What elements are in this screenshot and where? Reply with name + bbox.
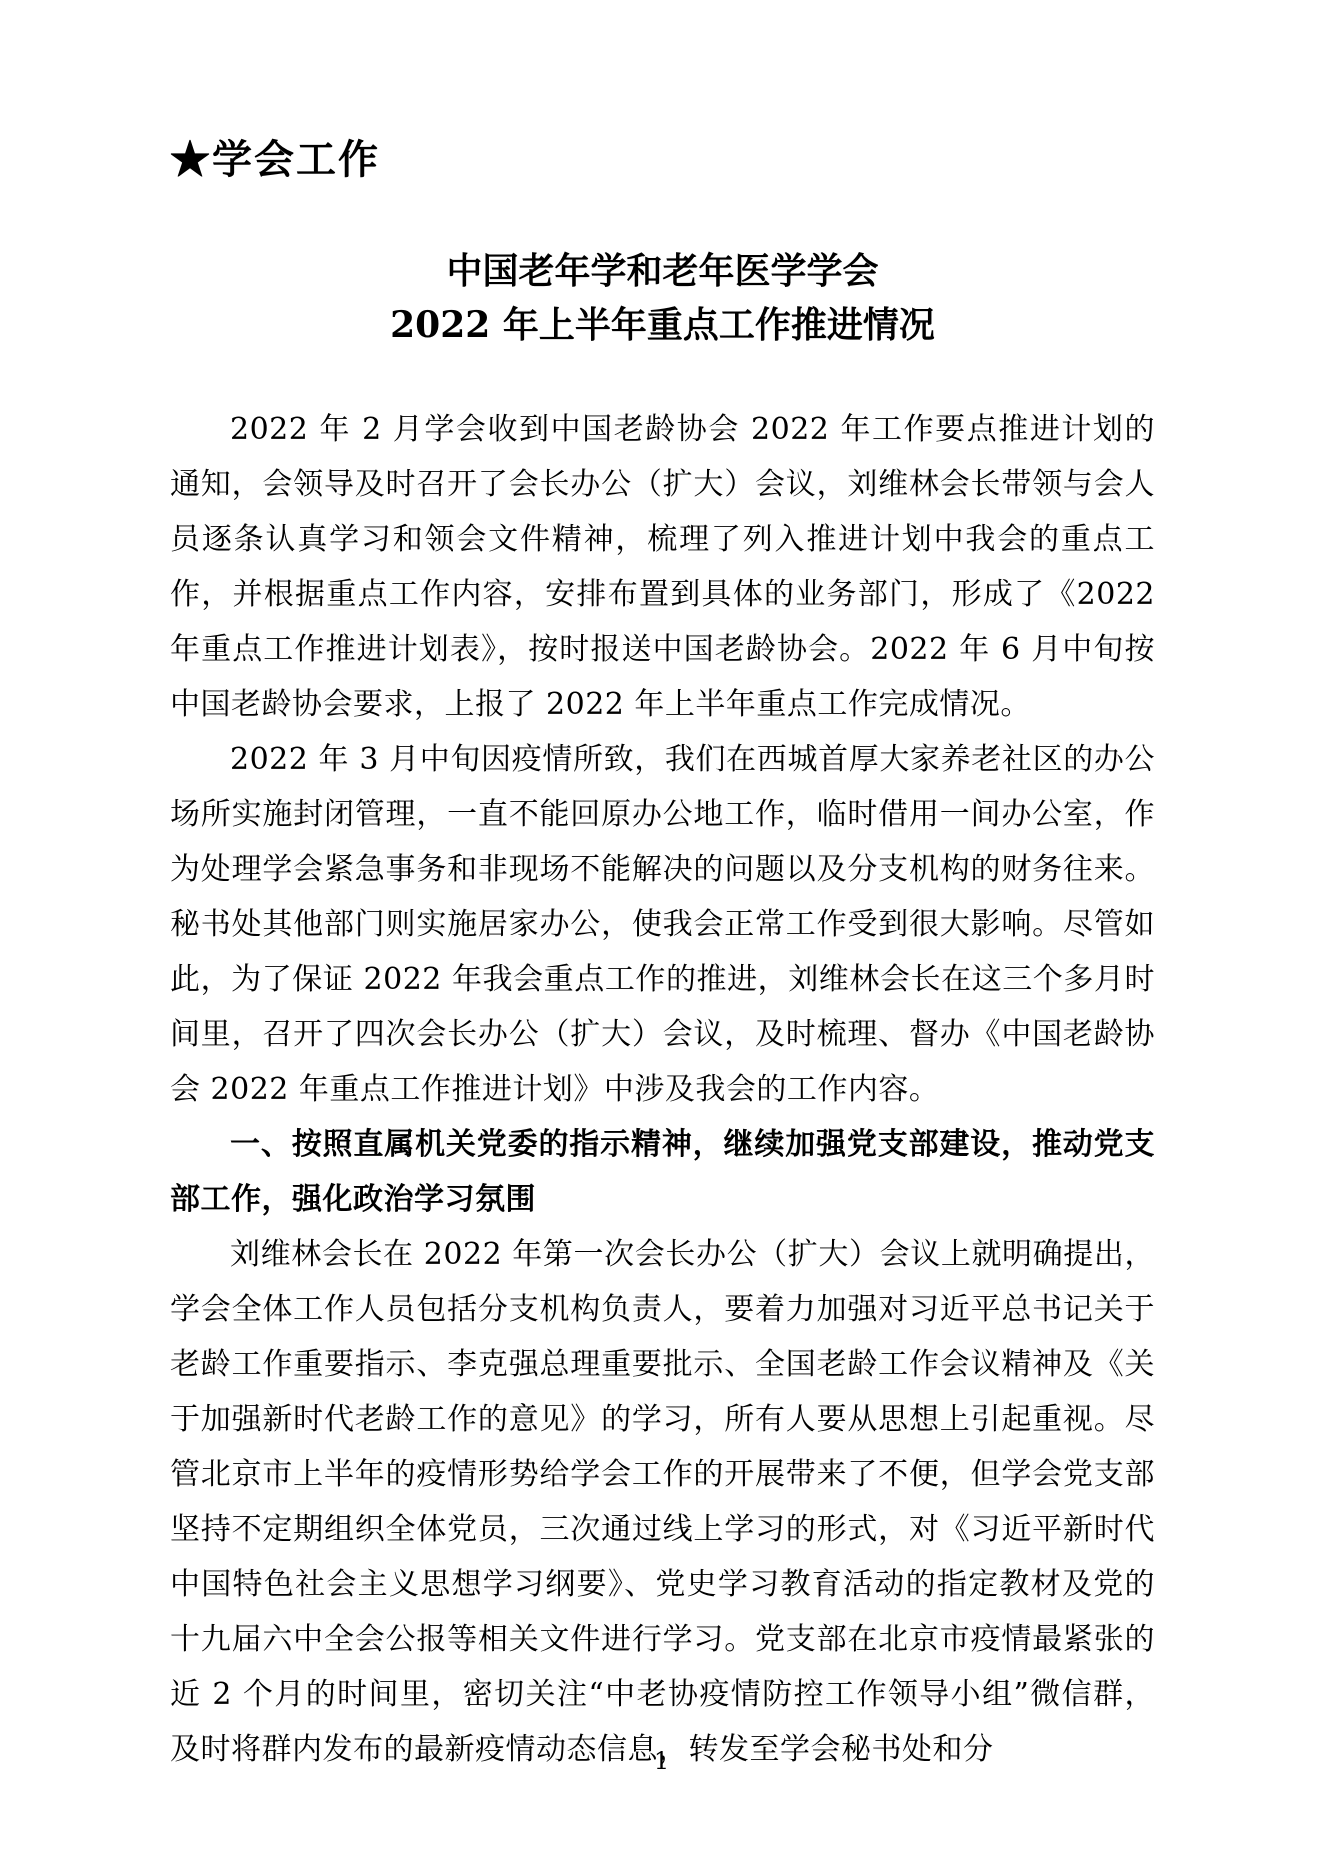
document-title: 中国老年学和老年医学学会 2022 年上半年重点工作推进情况 [170,244,1155,352]
section-heading-1: 一、按照直属机关党委的指示精神，继续加强党支部建设，推动党支部工作，强化政治学习… [170,1117,1155,1227]
document-content: ★学会工作 中国老年学和老年医学学会 2022 年上半年重点工作推进情况 202… [170,0,1155,1777]
paragraph-2: 2022 年 3 月中旬因疫情所致，我们在西城首厚大家养老社区的办公场所实施封闭… [170,732,1155,1117]
category-header: ★学会工作 [170,0,1155,182]
paragraph-1: 2022 年 2 月学会收到中国老龄协会 2022 年工作要点推进计划的通知，会… [170,402,1155,732]
document-title-line-2: 2022 年上半年重点工作推进情况 [170,298,1155,352]
document-title-line-1: 中国老年学和老年医学学会 [170,244,1155,298]
document-page: ★学会工作 中国老年学和老年医学学会 2022 年上半年重点工作推进情况 202… [0,0,1323,1871]
page-number: 1 [0,1747,1323,1775]
paragraph-3: 刘维林会长在 2022 年第一次会长办公（扩大）会议上就明确提出，学会全体工作人… [170,1227,1155,1777]
